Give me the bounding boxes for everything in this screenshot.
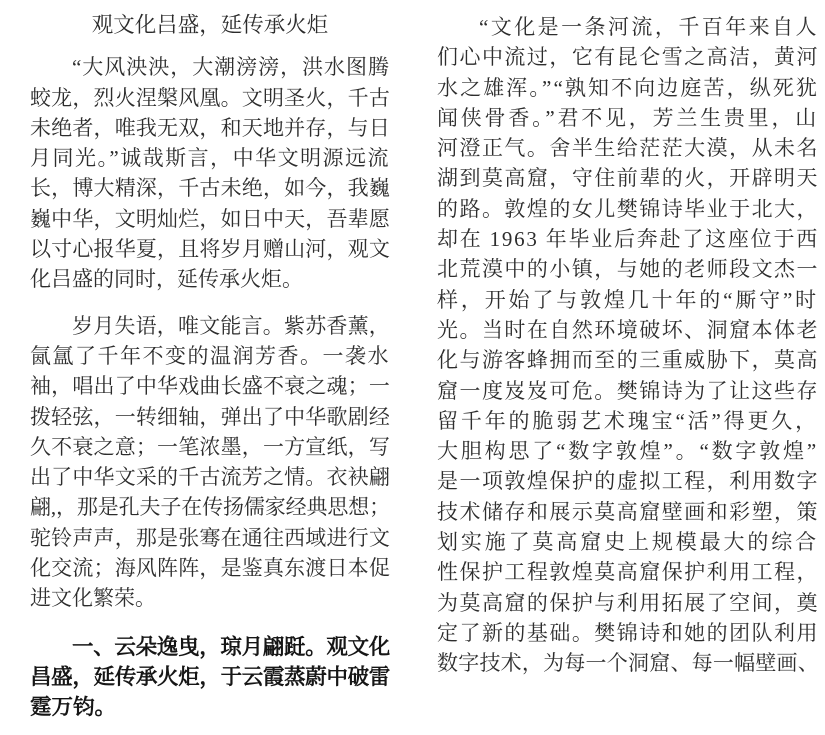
text-line: 巍中华，文明灿烂，如日中天，吾辈愿 <box>30 204 390 234</box>
text-line: 大胆构思了“数字敦煌”。“数字敦煌” <box>437 436 819 466</box>
text-line: 月同光。”诚哉斯言，中华文明源远流 <box>30 143 390 173</box>
text-line: 化与游客蜂拥而至的三重威胁下，莫高 <box>437 345 819 375</box>
text-line: 一、云朵逸曳，琼月翩跹。观文化 <box>30 632 390 662</box>
text-line: 留千年的脆弱艺术瑰宝“活”得更久， <box>437 406 819 436</box>
section-heading: 一、云朵逸曳，琼月翩跹。观文化昌盛，延传承火炬，于云霞蒸蔚中破雷霆万钧。 <box>30 632 390 723</box>
text-line: 河澄正气。舍半生给茫茫大漠，从未名 <box>437 133 819 163</box>
text-line: 的路。敦煌的女儿樊锦诗毕业于北大， <box>437 194 819 224</box>
text-line: 窟一度岌岌可危。樊锦诗为了让这些存 <box>437 376 819 406</box>
text-line: 湖到莫高窟，守住前辈的火，开辟明天 <box>437 163 819 193</box>
left-column: 观文化吕盛，延传承火炬 “大风泱泱，大潮滂滂，洪水图腾蛟龙，烈火涅槃风凰。文明圣… <box>30 10 390 723</box>
text-line: 性保护工程敦煌莫高窟保护利用工程， <box>437 557 819 587</box>
text-line: 样，开始了与敦煌几十年的“厮守”时 <box>437 285 819 315</box>
text-line: 袖，唱出了中华戏曲长盛不衰之魂；一 <box>30 371 390 401</box>
text-line: 定了新的基础。樊锦诗和她的团队利用 <box>437 618 819 648</box>
text-line: 长，博大精深，千古未绝，如今，我巍 <box>30 173 390 203</box>
right-column: “文化是一条河流，千百年来自人们心中流过，它有昆仑雪之高洁，黄河水之雄浑。”“孰… <box>437 12 819 679</box>
text-line: 水之雄浑。”“孰知不向边庭苦，纵死犹 <box>437 73 819 103</box>
text-line: 氤氲了千年不变的温润芳香。一袭水 <box>30 341 390 371</box>
text-line: 化吕盛的同时，延传承火炬。 <box>30 264 390 294</box>
text-line: 北荒漠中的小镇，与她的老师段文杰一 <box>437 254 819 284</box>
text-line: 闻侠骨香。”君不见，芳兰生贵里，山 <box>437 103 819 133</box>
text-line: 却在 1963 年毕业后奔赴了这座位于西 <box>437 224 819 254</box>
text-line: 光。当时在自然环境破坏、洞窟本体老 <box>437 315 819 345</box>
text-line: 技术储存和展示莫高窟壁画和彩塑，策 <box>437 497 819 527</box>
essay-title: 观文化吕盛，延传承火炬 <box>30 10 390 40</box>
text-line: 化交流；海风阵阵，是鉴真东渡日本促 <box>30 553 390 583</box>
paragraph: “文化是一条河流，千百年来自人们心中流过，它有昆仑雪之高洁，黄河水之雄浑。”“孰… <box>437 12 819 679</box>
text-line: 划实施了莫高窟史上规模最大的综合 <box>437 527 819 557</box>
text-line: 为莫高窟的保护与利用拓展了空间，奠 <box>437 588 819 618</box>
text-line: 久不衰之意；一笔浓墨，一方宣纸，写 <box>30 432 390 462</box>
text-line: 拨轻弦，一转细轴，弹出了中华歌剧经 <box>30 402 390 432</box>
text-line: 翩,，那是孔夫子在传扬儒家经典思想； <box>30 492 390 522</box>
text-line: 是一项敦煌保护的虚拟工程，利用数字 <box>437 466 819 496</box>
text-line: “大风泱泱，大潮滂滂，洪水图腾 <box>30 52 390 82</box>
text-line: “文化是一条河流，千百年来自人 <box>437 12 819 42</box>
text-line: 岁月失语，唯文能言。紫苏香薰， <box>30 311 390 341</box>
text-line: 出了中华文采的千古流芳之情。衣袂翩 <box>30 462 390 492</box>
text-line: 们心中流过，它有昆仑雪之高洁，黄河 <box>437 42 819 72</box>
paragraph: “大风泱泱，大潮滂滂，洪水图腾蛟龙，烈火涅槃风凰。文明圣火，千古未绝者，唯我无双… <box>30 52 390 294</box>
paragraph: 岁月失语，唯文能言。紫苏香薰，氤氲了千年不变的温润芳香。一袭水袖，唱出了中华戏曲… <box>30 311 390 614</box>
text-line: 数字技术，为每一个洞窟、每一幅壁画、 <box>437 648 819 678</box>
text-line: 昌盛，延传承火炬，于云霞蒸蔚中破雷 <box>30 662 390 692</box>
text-line: 驼铃声声，那是张骞在通往西域进行文 <box>30 523 390 553</box>
text-line: 以寸心报华夏，且将岁月赠山河，观文 <box>30 234 390 264</box>
text-line: 未绝者，唯我无双，和天地并存，与日 <box>30 113 390 143</box>
text-line: 蛟龙，烈火涅槃风凰。文明圣火，千古 <box>30 83 390 113</box>
text-line: 进文化繁荣。 <box>30 583 390 613</box>
text-line: 霆万钧。 <box>30 692 390 722</box>
document-page: 观文化吕盛，延传承火炬 “大风泱泱，大潮滂滂，洪水图腾蛟龙，烈火涅槃风凰。文明圣… <box>0 0 825 735</box>
